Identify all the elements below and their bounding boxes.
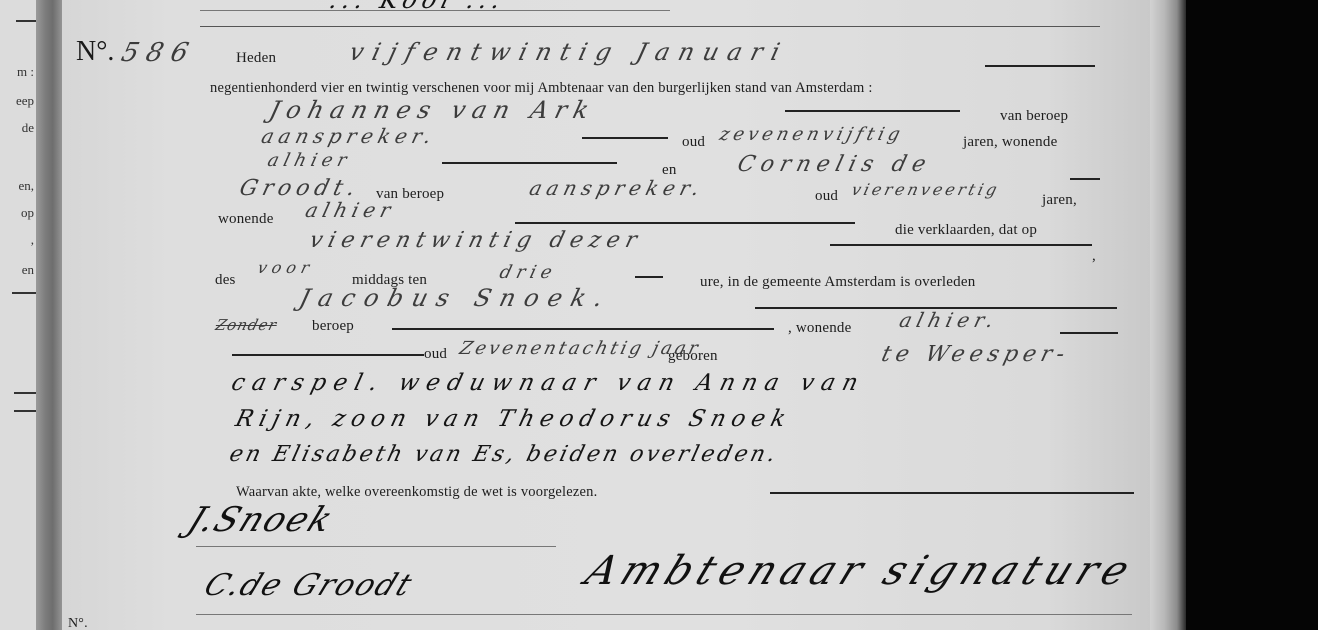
next-record-number-label: N°. xyxy=(68,616,88,630)
hw-deceased-name: Jacobus Snoek. xyxy=(297,284,615,312)
fill-line xyxy=(635,276,663,278)
signature-line xyxy=(196,614,1132,615)
signature-declarant: C.de Groodt xyxy=(199,568,419,603)
record-number-label: N°. xyxy=(76,36,114,68)
hw-narrative-line1: carspel. weduwnaar van Anna van xyxy=(229,370,868,396)
printed-die-verklaarden: die verklaarden, dat op xyxy=(895,222,1037,239)
top-rule xyxy=(200,26,1100,27)
fill-line xyxy=(985,65,1095,67)
printed-van-beroep-1: van beroep xyxy=(1000,108,1068,125)
signature-line xyxy=(196,546,556,547)
printed-oud-2: oud xyxy=(815,188,838,205)
printed-geboren: geboren xyxy=(668,348,718,365)
left-page-rule xyxy=(14,392,36,394)
left-page-rule xyxy=(12,292,36,294)
printed-oud-1: oud xyxy=(682,134,705,151)
left-page-fragment: eep xyxy=(16,93,34,109)
left-page-fragment: op xyxy=(21,205,34,221)
hw-death-date: vierentwintig dezer xyxy=(307,228,645,253)
page-edge-shadow xyxy=(1150,0,1186,630)
printed-ure-overleden: ure, in de gemeente Amsterdam is overled… xyxy=(700,274,975,291)
fill-line xyxy=(785,110,960,112)
hw-narrative-line3: en Elisabeth van Es, beiden overleden. xyxy=(227,442,781,467)
printed-wonende: wonende xyxy=(218,211,274,228)
hw-declarant1-occupation: aanspreker. xyxy=(259,124,439,148)
hw-declarant2-residence: alhier xyxy=(303,198,398,222)
hw-narrative-line2: Rijn, zoon van Theodorus Snoek xyxy=(233,406,795,432)
carryover-handwriting: ... Kool ... xyxy=(327,0,509,14)
hw-deceased-residence: alhier. xyxy=(897,308,1001,332)
hw-struck-zonder: Zonder xyxy=(214,316,279,334)
printed-beroep: beroep xyxy=(312,318,354,335)
fill-line xyxy=(582,137,668,139)
hw-birthplace-1: te Weesper- xyxy=(879,342,1072,367)
hw-declarant2-occupation: aanspreker. xyxy=(527,176,707,200)
left-page-rule xyxy=(16,20,36,22)
printed-closing: Waarvan akte, welke overeenkomstig de we… xyxy=(236,484,597,501)
hw-date: vijfentwintig Januari xyxy=(347,38,792,66)
left-page-fragment: en xyxy=(22,262,34,278)
hw-deceased-age: Zevenentachtig jaar xyxy=(457,338,703,359)
left-page-fragment: , xyxy=(31,232,34,248)
hw-hour: drie xyxy=(497,262,559,283)
fill-line xyxy=(1060,332,1118,334)
fill-line xyxy=(1070,178,1100,180)
hw-declarant2-age: vierenveertig xyxy=(850,180,1002,199)
hw-declarant1-name: Johannes van Ark xyxy=(267,96,599,124)
signature-official: Ambtenaar signature xyxy=(579,548,1142,594)
fill-line xyxy=(830,244,1092,246)
signature-deceased-witness: J.Snoek xyxy=(182,500,340,540)
printed-line2: negentienhonderd vier en twintig versche… xyxy=(210,80,873,97)
left-page-rule xyxy=(14,410,36,412)
hw-declarant1-residence: alhier xyxy=(265,150,353,171)
left-page-fragment: en, xyxy=(18,178,34,194)
fill-line xyxy=(770,492,1134,494)
printed-des: des xyxy=(215,272,236,289)
hw-time-of-day: voor xyxy=(256,258,317,277)
fill-line xyxy=(442,162,617,164)
book-gutter xyxy=(36,0,64,630)
hw-declarant1-age: zevenenvijftig xyxy=(717,124,906,145)
fill-line xyxy=(392,328,774,330)
left-facing-page: m : eep de en, op , en xyxy=(0,0,38,630)
fill-line xyxy=(515,222,855,224)
printed-oud-3: oud xyxy=(424,346,447,363)
left-page-fragment: m : xyxy=(17,64,34,80)
printed-jaren: jaren, xyxy=(1042,192,1077,209)
printed-comma: , xyxy=(1092,248,1096,265)
printed-heden: Heden xyxy=(236,50,276,67)
printed-wonende-2: , wonende xyxy=(788,320,851,337)
hw-declarant2-name-1: Cornelis de xyxy=(735,152,934,177)
fill-line xyxy=(232,354,424,356)
record-number: 586 xyxy=(118,38,199,68)
printed-jaren-wonende: jaren, wonende xyxy=(963,134,1057,151)
left-page-fragment: de xyxy=(22,120,34,136)
